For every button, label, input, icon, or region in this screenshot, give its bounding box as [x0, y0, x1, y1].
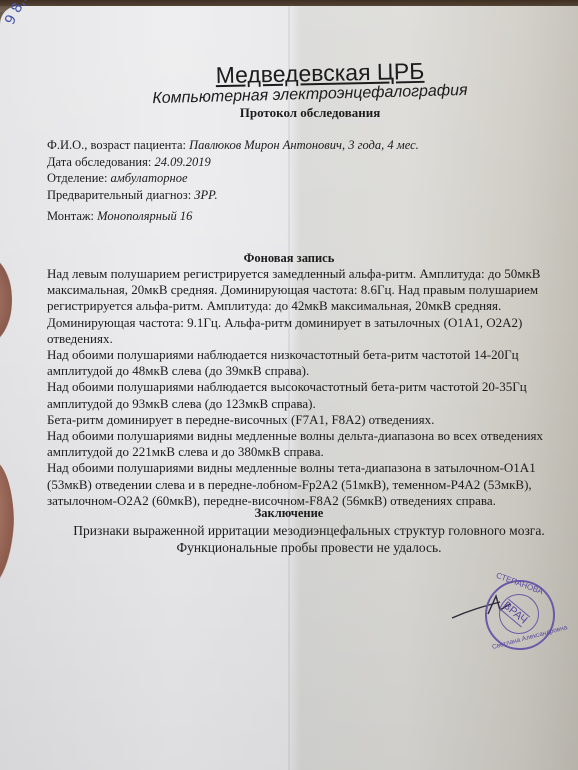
paragraph-theta: Над обоими полушариями видны медленные в… [47, 460, 547, 509]
department-label: Отделение: [47, 171, 107, 185]
doctor-stamp: СТЕПАНОВА ВРАЧ Светлана Александровна [485, 580, 555, 650]
department-value: амбулаторное [111, 171, 188, 185]
patient-name-value: Павлюков Мирон Антонович, 3 года, 4 мес. [189, 138, 419, 152]
montage-value: Монополярный 16 [97, 209, 192, 223]
diagnosis-row: Предварительный диагноз: ЗРР. [47, 187, 419, 204]
exam-date-value: 24.09.2019 [154, 155, 210, 169]
paragraph-low-beta: Над обоими полушариями наблюдается низко… [47, 347, 547, 379]
diagnosis-value: ЗРР. [194, 188, 217, 202]
protocol-title: Протокол обследования [200, 105, 420, 121]
patient-name-row: Ф.И.О., возраст пациента: Павлюков Мирон… [47, 137, 419, 154]
exam-date-label: Дата обследования: [47, 155, 151, 169]
paragraph-beta-dominance: Бета-ритм доминирует в передне-височных … [47, 412, 547, 428]
conclusion-body: Признаки выраженной ирритации мезодиэнце… [40, 522, 578, 556]
department-row: Отделение: амбулаторное [47, 170, 419, 187]
paragraph-high-beta: Над обоими полушариями наблюдается высок… [47, 379, 547, 411]
conclusion-line: Функциональные пробы провести не удалось… [40, 539, 578, 556]
background-record-title: Фоновая запись [0, 251, 578, 266]
exam-date-row: Дата обследования: 24.09.2019 [47, 154, 419, 171]
background-record-body: Над левым полушарием регистрируется заме… [47, 266, 547, 509]
diagnosis-label: Предварительный диагноз: [47, 188, 191, 202]
paragraph-delta: Над обоими полушариями видны медленные в… [47, 428, 547, 460]
montage-row: Монтаж: Монополярный 16 [47, 209, 192, 224]
conclusion-title: Заключение [0, 506, 578, 521]
patient-info: Ф.И.О., возраст пациента: Павлюков Мирон… [47, 137, 419, 203]
montage-label: Монтаж: [47, 209, 94, 223]
conclusion-line: Признаки выраженной ирритации мезодиэнце… [40, 522, 578, 539]
patient-name-label: Ф.И.О., возраст пациента: [47, 138, 186, 152]
paragraph-alpha: Над левым полушарием регистрируется заме… [47, 266, 547, 347]
